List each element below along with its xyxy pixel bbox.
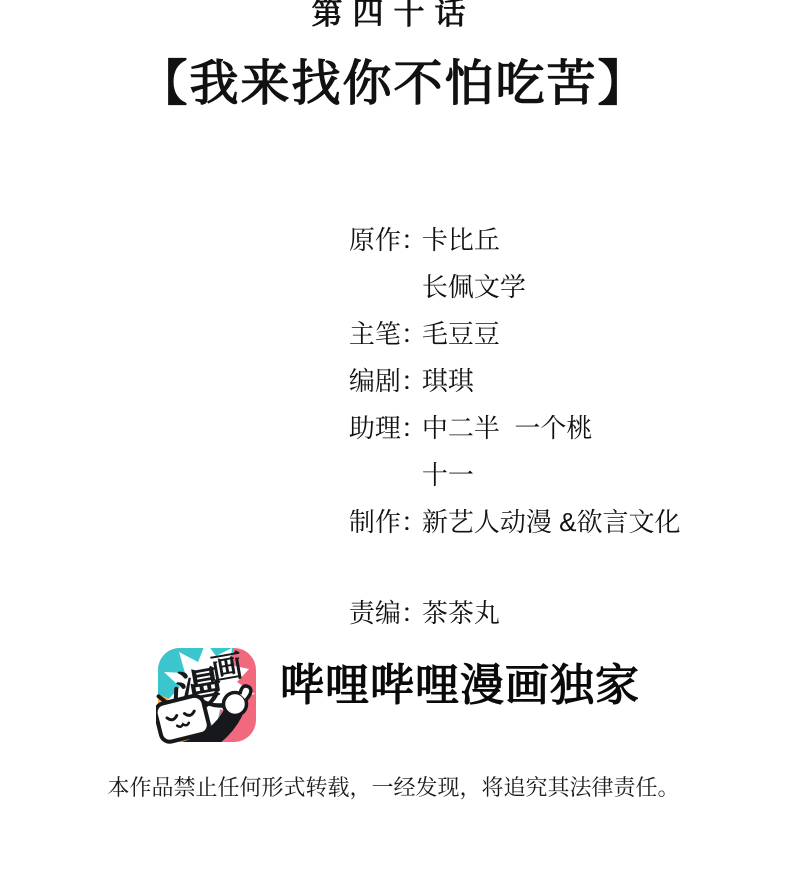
credit-label: 编剧：	[349, 358, 422, 405]
credit-value: 茶茶丸	[422, 590, 500, 637]
credit-value: 琪琪	[422, 358, 474, 405]
credit-label: 责编：	[349, 590, 422, 637]
chapter-title: 【我来找你不怕吃苦】	[0, 52, 787, 116]
credit-row-original-author: 原作：卡比丘	[320, 170, 680, 217]
bilibili-manga-brand-row: 漫 画 哔哩哔哩漫画独家	[0, 640, 787, 756]
credit-label: 原作：	[349, 217, 422, 264]
credit-label: 助理：	[349, 405, 422, 452]
credit-value: 长佩文学	[422, 264, 526, 311]
credit-value: 卡比丘	[422, 217, 500, 264]
credit-row-editor: 责编：茶茶丸	[320, 543, 680, 590]
bilibili-manga-app-icon: 漫 画	[156, 642, 260, 752]
credit-label: 制作：	[349, 499, 422, 546]
credit-value: 十一	[422, 452, 474, 499]
brand-exclusive-text: 哔哩哔哩漫画独家	[280, 640, 640, 732]
credit-label: 主笔：	[349, 311, 422, 358]
credit-value: 中二半 一个桃	[422, 405, 592, 452]
credit-value: 毛豆豆	[422, 311, 500, 358]
icon-manga-char-2: 画	[209, 648, 246, 688]
credit-value: 新艺人动漫 &欲言文化	[422, 499, 681, 546]
copyright-disclaimer: 本作品禁止任何形式转载，一经发现，将追究其法律责任。	[0, 772, 787, 804]
credits-block: 原作：卡比丘 长佩文学 主笔：毛豆豆 编剧：琪琪 助理：中二半 一个桃 十一 制…	[320, 170, 680, 590]
chapter-number: 第四十话	[0, 0, 787, 32]
